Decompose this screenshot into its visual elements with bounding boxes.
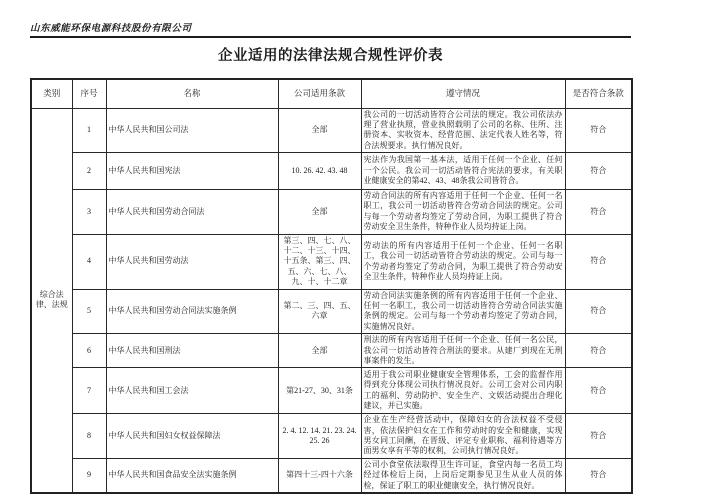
table-row: 3 中华人民共和国劳动合同法 全部 劳动合同法的所有内容适用于任何一个企业、任何… — [31, 190, 632, 235]
compliance-status: 适用于我公司职业健康安全管理体系，工会的监督作用得到充分体现公司执行情况良好。公… — [361, 368, 565, 414]
law-name: 中华人民共和国宪法 — [106, 153, 278, 190]
compliance-result: 符合 — [565, 334, 632, 368]
applicable-clauses: 第二、三、四、五、六章 — [278, 289, 361, 334]
applicable-clauses: 2. 4. 12. 14. 21. 23. 24. 25. 26 — [278, 414, 361, 459]
row-number: 3 — [72, 190, 106, 235]
applicable-clauses: 全部 — [278, 108, 361, 153]
applicable-clauses: 10. 26. 42. 43. 48 — [278, 153, 361, 190]
col-header-category: 类别 — [31, 79, 72, 108]
law-name: 中华人民共和国工会法 — [106, 368, 278, 414]
table-row: 综合法律、法规1 中华人民共和国公司法 全部 我公司的一切活动皆符合公司法的规定… — [31, 108, 632, 153]
compliance-status: 刑法的所有内容适用于任何一个企业、任何一名公民，我公司一切活动皆符合刑法的要求。… — [361, 334, 565, 368]
table-row: 2 中华人民共和国宪法 10. 26. 42. 43. 48 宪法作为我国第一基… — [31, 153, 632, 190]
row-number: 7 — [72, 368, 106, 414]
table-row: 4 中华人民共和国劳动法 第三、四、七、八、十二、十三、十四、十五条、第三、四、… — [31, 234, 632, 289]
table-row: 5 中华人民共和国劳动合同法实施条例 第二、三、四、五、六章 劳动合同法实施条例… — [31, 289, 632, 334]
compliance-result: 符合 — [565, 153, 632, 190]
compliance-result: 符合 — [565, 108, 632, 153]
compliance-result: 符合 — [565, 458, 632, 493]
applicable-clauses: 第三、四、七、八、十二、十三、十四、十五条、第三、四、五、六、七、八、九、十、十… — [278, 234, 361, 289]
law-name: 中华人民共和国食品安全法实施条例 — [106, 458, 278, 493]
col-header-clauses: 公司适用条款 — [278, 79, 361, 108]
law-name: 中华人民共和国劳动合同法实施条例 — [106, 289, 278, 334]
row-number: 1 — [72, 108, 106, 153]
table-body: 综合法律、法规1 中华人民共和国公司法 全部 我公司的一切活动皆符合公司法的规定… — [31, 108, 632, 493]
compliance-status: 我公司的一切活动皆符合公司法的规定。我公司依法办理了营业执照，营业执照载明了公司… — [361, 108, 565, 153]
col-header-compliance: 遵守情况 — [361, 79, 565, 108]
applicable-clauses: 全部 — [278, 334, 361, 368]
compliance-status: 企业在生产经营活动中，保障妇女的合法权益不受侵害，依法保护妇女在工作和劳动时的安… — [361, 414, 565, 459]
compliance-result: 符合 — [565, 368, 632, 414]
company-name: 山东威能环保电源科技股份有限公司 — [30, 20, 192, 34]
row-number: 8 — [72, 414, 106, 459]
row-number: 9 — [72, 458, 106, 493]
compliance-status: 公司小食堂依法取得卫生许可证，食堂内每一名员工均经过体检后上岗，上岗后定期参见卫… — [361, 458, 565, 493]
table-row: 6 中华人民共和国刑法 全部 刑法的所有内容适用于任何一个企业、任何一名公民，我… — [31, 334, 632, 368]
compliance-result: 符合 — [565, 190, 632, 235]
law-name: 中华人民共和国公司法 — [106, 108, 278, 153]
compliance-status: 宪法作为我国第一基本法，适用于任何一个企业、任何一个公民。我公司一切活动皆符合宪… — [361, 153, 565, 190]
applicable-clauses: 第21-27、30、31条 — [278, 368, 361, 414]
row-number: 2 — [72, 153, 106, 190]
col-header-name: 名称 — [106, 79, 278, 108]
table-row: 7 中华人民共和国工会法 第21-27、30、31条 适用于我公司职业健康安全管… — [31, 368, 632, 414]
row-number: 5 — [72, 289, 106, 334]
law-name: 中华人民共和国妇女权益保障法 — [106, 414, 278, 459]
compliance-result: 符合 — [565, 234, 632, 289]
table-row: 8 中华人民共和国妇女权益保障法 2. 4. 12. 14. 21. 23. 2… — [31, 414, 632, 459]
compliance-result: 符合 — [565, 414, 632, 459]
document-page: 山东威能环保电源科技股份有限公司 企业适用的法律法规合规性评价表 类别 序号 名… — [0, 0, 707, 500]
compliance-status: 劳动合同法实施条例的所有内容适用于任何一个企业、任何一名职工，我公司一切活动皆符… — [361, 289, 565, 334]
law-name: 中华人民共和国刑法 — [106, 334, 278, 368]
table-header-row: 类别 序号 名称 公司适用条款 遵守情况 是否符合条款 — [31, 79, 632, 108]
page-title: 企业适用的法律法规合规性评价表 — [30, 44, 631, 65]
col-header-number: 序号 — [72, 79, 106, 108]
compliance-table: 类别 序号 名称 公司适用条款 遵守情况 是否符合条款 综合法律、法规1 中华人… — [30, 78, 633, 494]
category-cell: 综合法律、法规 — [31, 108, 72, 493]
compliance-result: 符合 — [565, 289, 632, 334]
row-number: 4 — [72, 234, 106, 289]
compliance-status: 劳动合同法的所有内容适用于任何一个企业、任何一名职工，我公司一切活动皆符合劳动合… — [361, 190, 565, 235]
applicable-clauses: 第四十三-四十六条 — [278, 458, 361, 493]
table-row: 9 中华人民共和国食品安全法实施条例 第四十三-四十六条 公司小食堂依法取得卫生… — [31, 458, 632, 493]
row-number: 6 — [72, 334, 106, 368]
col-header-result: 是否符合条款 — [565, 79, 632, 108]
law-name: 中华人民共和国劳动法 — [106, 234, 278, 289]
law-name: 中华人民共和国劳动合同法 — [106, 190, 278, 235]
applicable-clauses: 全部 — [278, 190, 361, 235]
compliance-status: 劳动法的所有内容适用于任何一个企业、任何一名职工，我公司一切活动皆符合劳动法的规… — [361, 234, 565, 289]
header-rule — [30, 36, 631, 38]
